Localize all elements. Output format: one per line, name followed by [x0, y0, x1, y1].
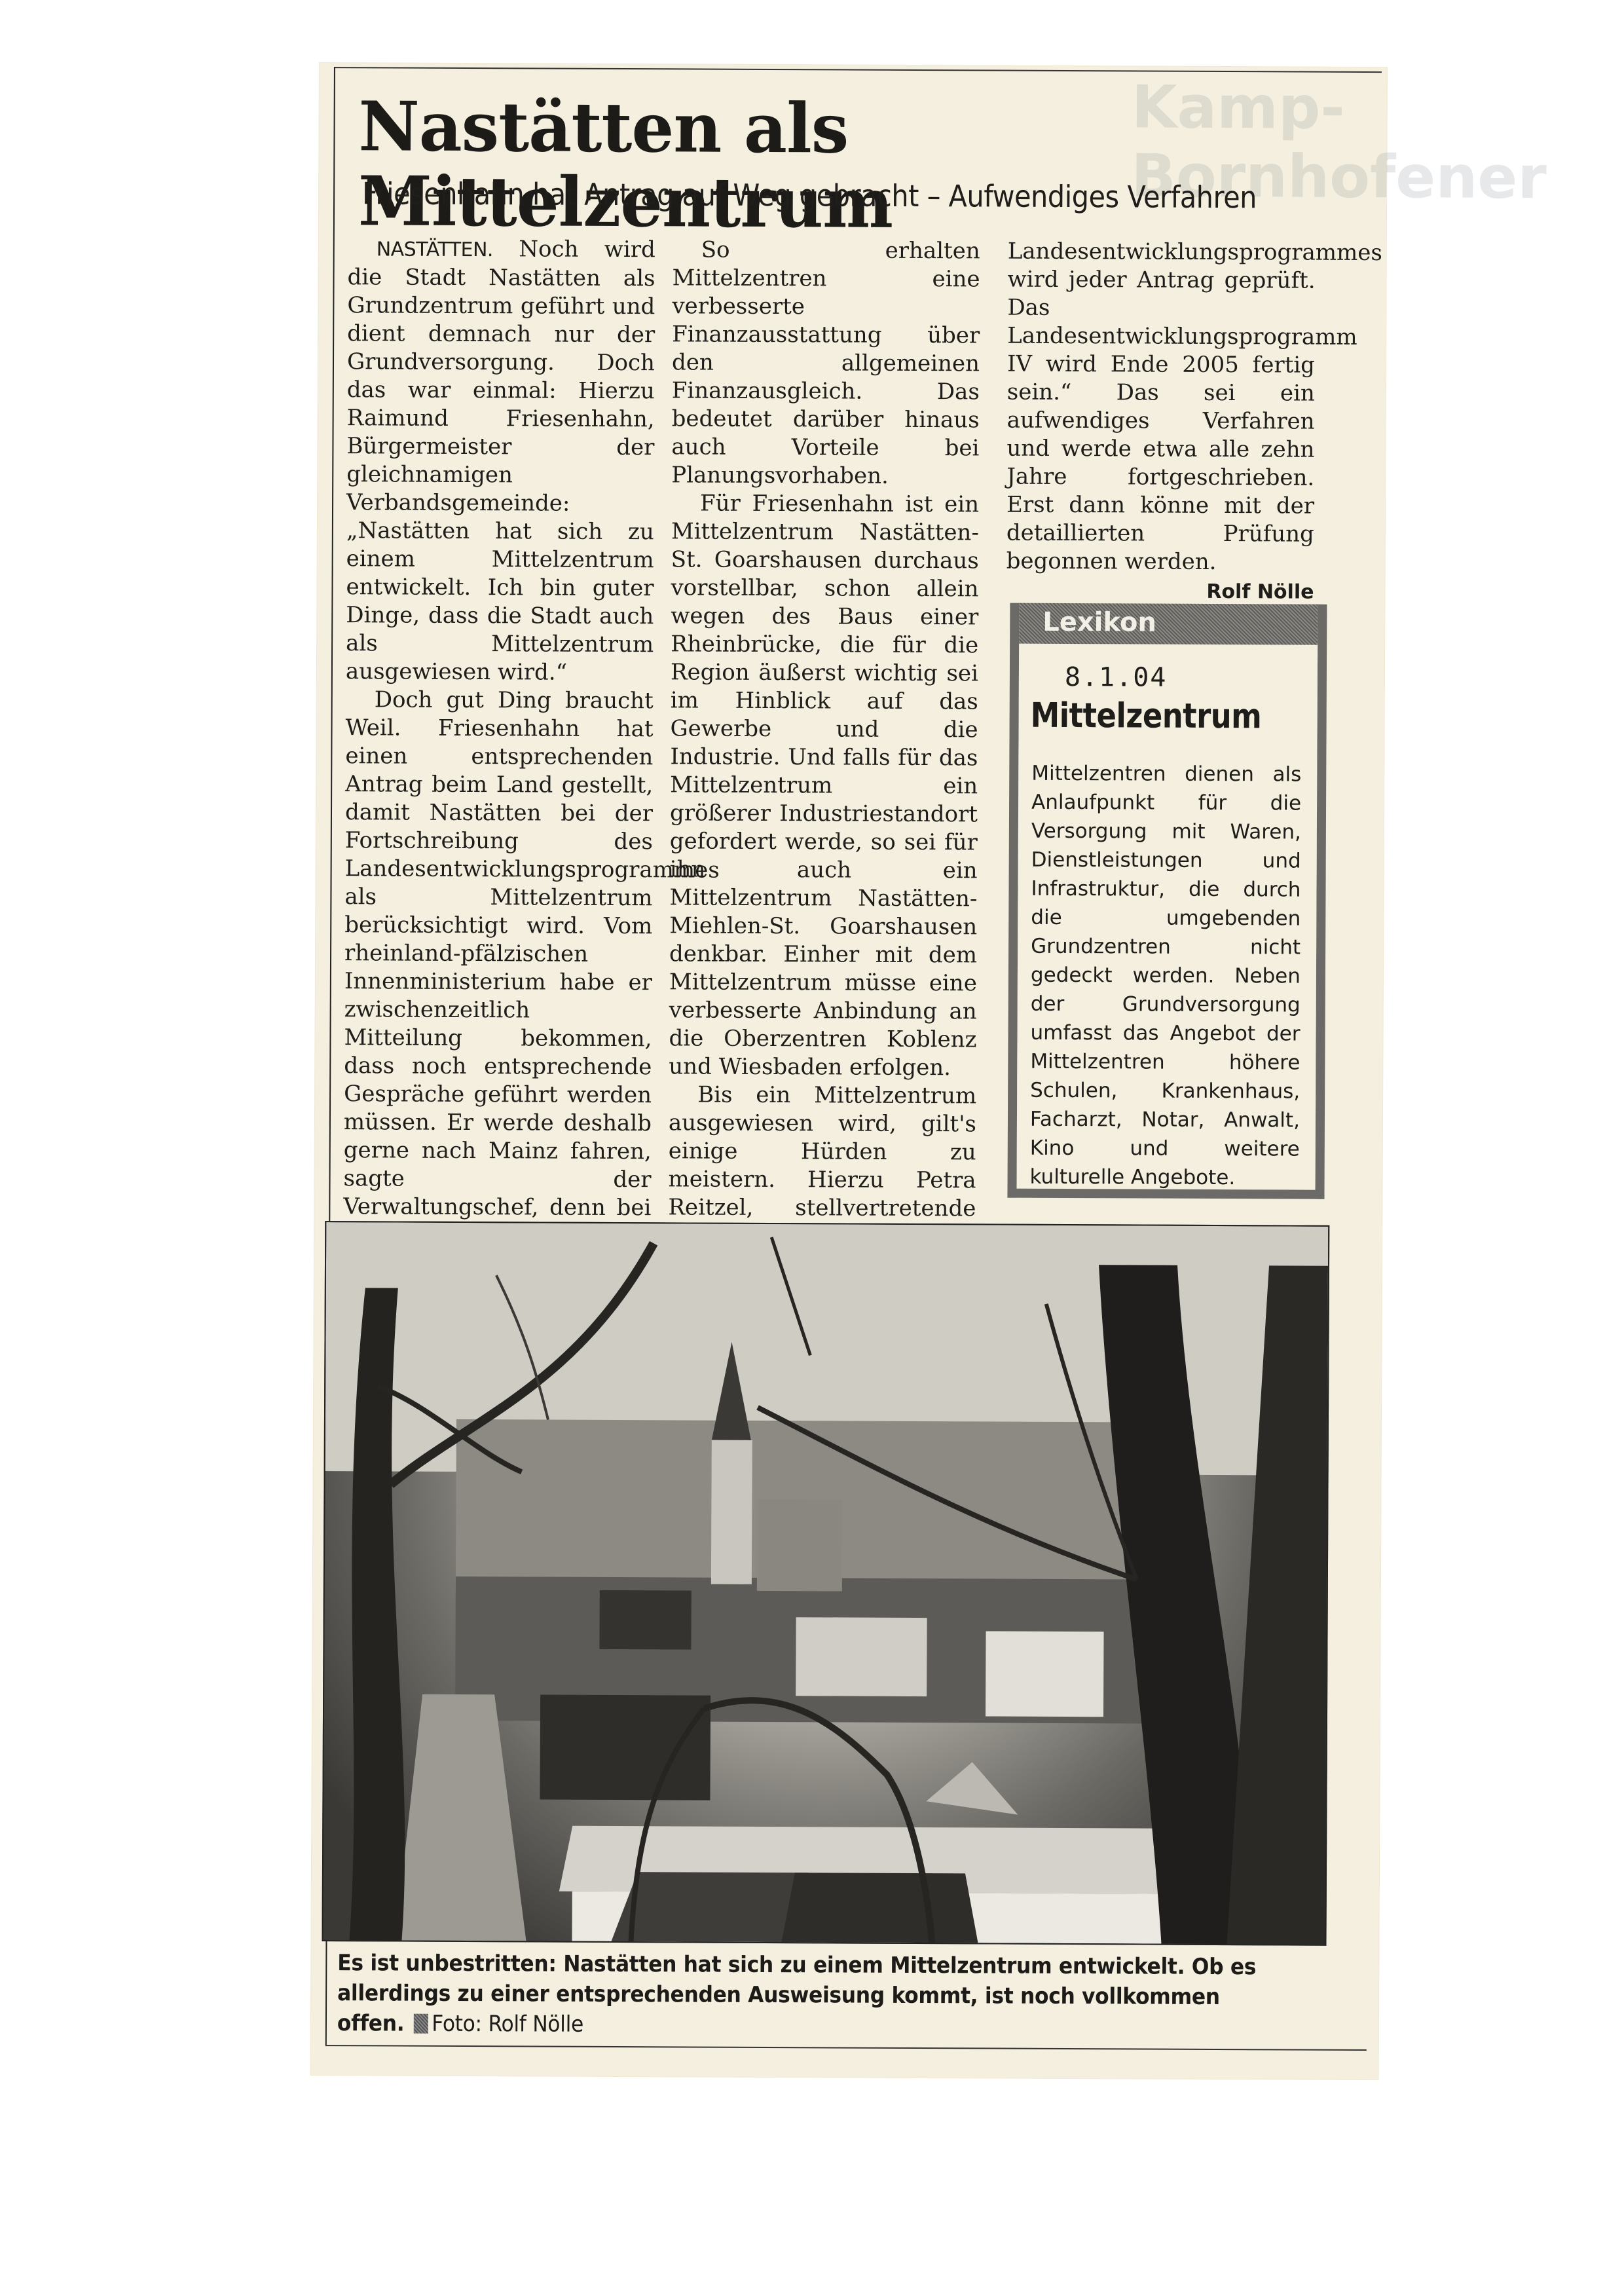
paragraph: NASTÄTTEN. Noch wird die Stadt Nastätten… [346, 234, 655, 687]
dateline: NASTÄTTEN. [377, 238, 493, 261]
handwritten-date: 8.1.04 [1065, 662, 1168, 693]
bottom-rule [325, 2045, 1367, 2051]
photo-caption: Es ist unbestritten: Nastätten hat sich … [337, 1948, 1265, 2042]
headline: Nastätten als Mittelzentrum [358, 89, 1360, 243]
credit-marker-icon [414, 2014, 428, 2034]
newspaper-clipping: Kamp-Bornhofener Nastätten als Mittelzen… [311, 63, 1387, 2080]
subheadline: Friesenhahn hat Antrag auf Weg gebracht … [362, 176, 1282, 215]
article-column-3: Landesentwicklungsprogrammes wird jeder … [1006, 238, 1315, 606]
photo-credit: Foto: Rolf Nölle [432, 2011, 583, 2038]
lexikon-body: 8.1.04 Mittelzentrum Mittelzentren diene… [1017, 644, 1318, 1190]
paragraph: So erhalten Mittelzentren eine verbesser… [671, 236, 980, 491]
paragraph: Für Friesenhahn ist ein Mittelzentrum Na… [669, 489, 979, 1082]
top-rule [334, 67, 1382, 73]
photo-illustration [323, 1222, 1328, 1945]
town-photo [322, 1221, 1329, 1946]
paragraph: Doch gut Ding braucht Weil. Friesenhahn … [343, 686, 654, 1278]
byline: Rolf Nölle [1206, 578, 1314, 606]
article-column-2: So erhalten Mittelzentren eine verbesser… [668, 236, 980, 1335]
lexikon-title: Mittelzentrum [1031, 696, 1262, 737]
paragraph-text: Landesentwicklungsprogrammes wird jeder … [1006, 238, 1382, 575]
lexikon-text: Mittelzentren dienen als Anlaufpunkt für… [1029, 759, 1301, 1193]
lexikon-label: Lexikon [1043, 607, 1156, 638]
paragraph-text: Noch wird die Stadt Nastätten als Grundz… [346, 236, 655, 685]
paragraph: Landesentwicklungsprogrammes wird jeder … [1006, 238, 1316, 577]
article-column-1: NASTÄTTEN. Noch wird die Stadt Nastätten… [343, 234, 655, 1278]
lexikon-box: Lexikon 8.1.04 Mittelzentrum Mittelzentr… [1007, 603, 1327, 1199]
